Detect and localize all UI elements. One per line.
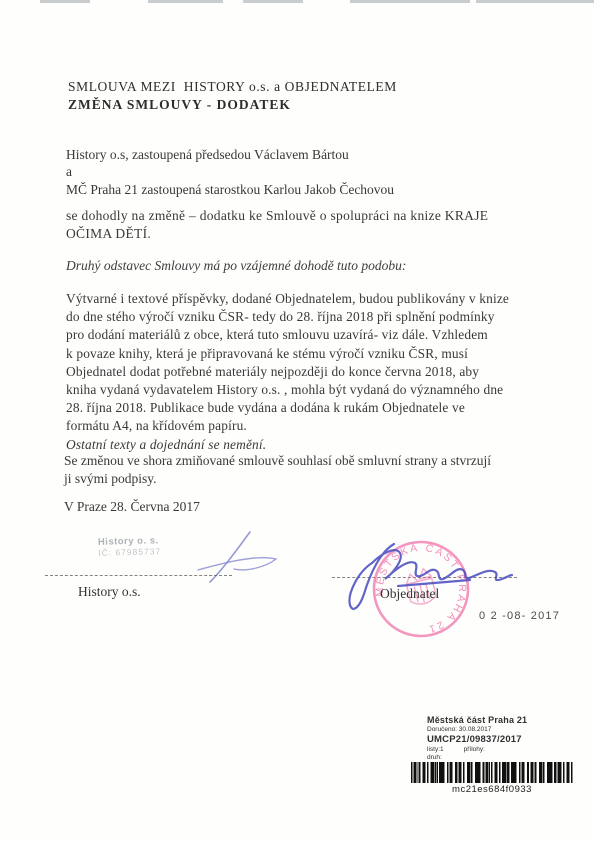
contract-title: SMLOUVA MEZI HISTORY o.s. a OBJEDNATELEM…	[68, 78, 397, 113]
amendment-line: k povaze knihy, která je připravovaná ke…	[66, 345, 509, 363]
scan-artifact	[40, 0, 90, 3]
contract-title-line2: ZMĚNA SMLOUVY - DODATEK	[68, 96, 397, 113]
agreement-statement: se dohodly na změně – dodatku ke Smlouvě…	[66, 207, 488, 242]
closing-line: ji svými podpisy.	[64, 470, 491, 488]
scan-artifact	[243, 0, 303, 3]
publisher-signature-label: History o.s.	[78, 584, 141, 600]
publisher-signature-ink	[170, 526, 290, 590]
filing-office: Městská část Praha 21	[427, 715, 587, 725]
scan-artifact	[476, 0, 594, 3]
party-conjunction: a	[66, 163, 394, 180]
received-date-stamp: 0 2 -08- 2017	[479, 610, 560, 622]
party-client: MČ Praha 21 zastoupená starostkou Karlou…	[66, 181, 394, 198]
amendment-line: pro dodání materiálů z obce, která tuto …	[66, 326, 509, 344]
amendment-line: do dne stého výročí vzniku ČSR- tedy do …	[66, 308, 509, 326]
scan-artifact	[148, 0, 223, 3]
amendment-line: Výtvarné i textové příspěvky, dodané Obj…	[66, 290, 509, 308]
scan-artifact	[350, 0, 470, 3]
closing-line: Se změnou ve shora zmiňované smlouvě sou…	[64, 452, 491, 470]
contract-title-line1: SMLOUVA MEZI HISTORY o.s. a OBJEDNATELEM	[68, 78, 397, 95]
filing-sheets: listy:1	[427, 746, 444, 753]
client-signature-label: Objednatel	[380, 586, 439, 602]
filing-attachments: přílohy:	[464, 746, 485, 753]
amendment-body: Výtvarné i textové příspěvky, dodané Obj…	[66, 290, 509, 454]
amendment-line: formátu A4, na křídovém papíru.	[66, 417, 509, 435]
amendment-line: kniha vydaná vydavatelem History o.s. , …	[66, 381, 509, 399]
filing-doc-type: druh:	[427, 754, 587, 761]
amendment-line: Objednatel dodat potřebné materiály nejp…	[66, 363, 509, 381]
publisher-ink-stamp: History o. s. IČ: 67985737	[98, 535, 162, 558]
party-publisher: History o.s, zastoupená předsedou Václav…	[66, 146, 394, 163]
filing-delivered-date: Doručeno: 30.08.2017	[427, 726, 587, 733]
filing-barcode-text: mc21es684f0933	[411, 784, 573, 795]
publisher-signature-line	[45, 575, 232, 576]
amendment-line: 28. října 2018. Publikace bude vydána a …	[66, 399, 509, 417]
filing-barcode	[411, 762, 573, 783]
publisher-stamp-id: IČ: 67985737	[98, 546, 161, 558]
scanned-contract-page: SMLOUVA MEZI HISTORY o.s. a OBJEDNATELEM…	[0, 0, 594, 841]
contract-parties: History o.s, zastoupená předsedou Václav…	[66, 146, 394, 198]
filing-reference-number: UMCP21/09837/2017	[427, 734, 587, 745]
agreement-line: se dohodly na změně – dodatku ke Smlouvě…	[66, 207, 488, 225]
place-date-line: V Praze 28. Června 2017	[64, 499, 200, 515]
closing-statement: Se změnou ve shora zmiňované smlouvě sou…	[64, 452, 491, 487]
agreement-line: OČIMA DĚTÍ.	[66, 225, 488, 243]
filing-stamp-block: Městská část Praha 21 Doručeno: 30.08.20…	[427, 715, 587, 761]
amendment-intro: Druhý odstavec Smlouvy má po vzájemné do…	[66, 258, 406, 274]
